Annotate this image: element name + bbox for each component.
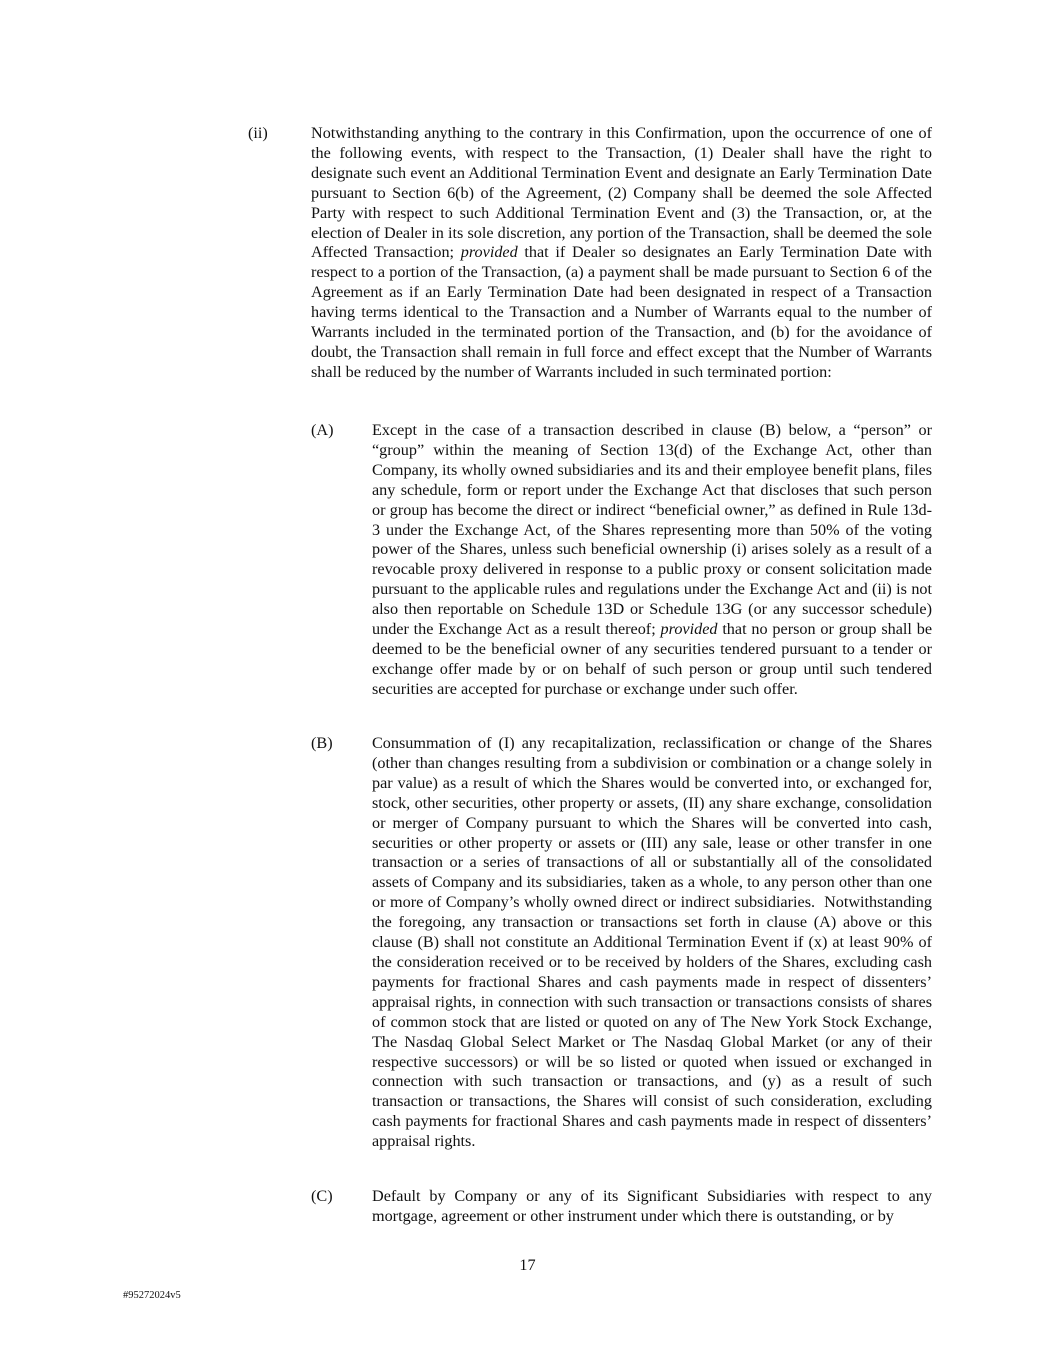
document-id: #95272024v5 <box>123 1290 181 1301</box>
page-number: 17 <box>0 1256 1055 1275</box>
clause-c-label: (C) <box>311 1187 333 1207</box>
document-page: (ii) Notwithstanding anything to the con… <box>0 0 1055 1365</box>
clause-ii-text: Notwithstanding anything to the contrary… <box>311 124 932 383</box>
clause-a-italic-provided: provided <box>661 620 718 638</box>
clause-a-text-part-1: Except in the case of a transaction desc… <box>372 421 932 638</box>
clause-b-label: (B) <box>311 734 333 754</box>
clause-ii-text-part-1: Notwithstanding anything to the contrary… <box>311 124 932 261</box>
clause-c-text: Default by Company or any of its Signifi… <box>372 1187 932 1227</box>
clause-b-text: Consummation of (I) any recapitalization… <box>372 734 932 1152</box>
clause-ii-label: (ii) <box>248 124 268 144</box>
clause-a-label: (A) <box>311 421 333 441</box>
clause-a-text: Except in the case of a transaction desc… <box>372 421 932 700</box>
clause-ii-text-part-2: that if Dealer so designates an Early Te… <box>311 243 932 380</box>
clause-ii-italic-provided: provided <box>461 243 518 261</box>
